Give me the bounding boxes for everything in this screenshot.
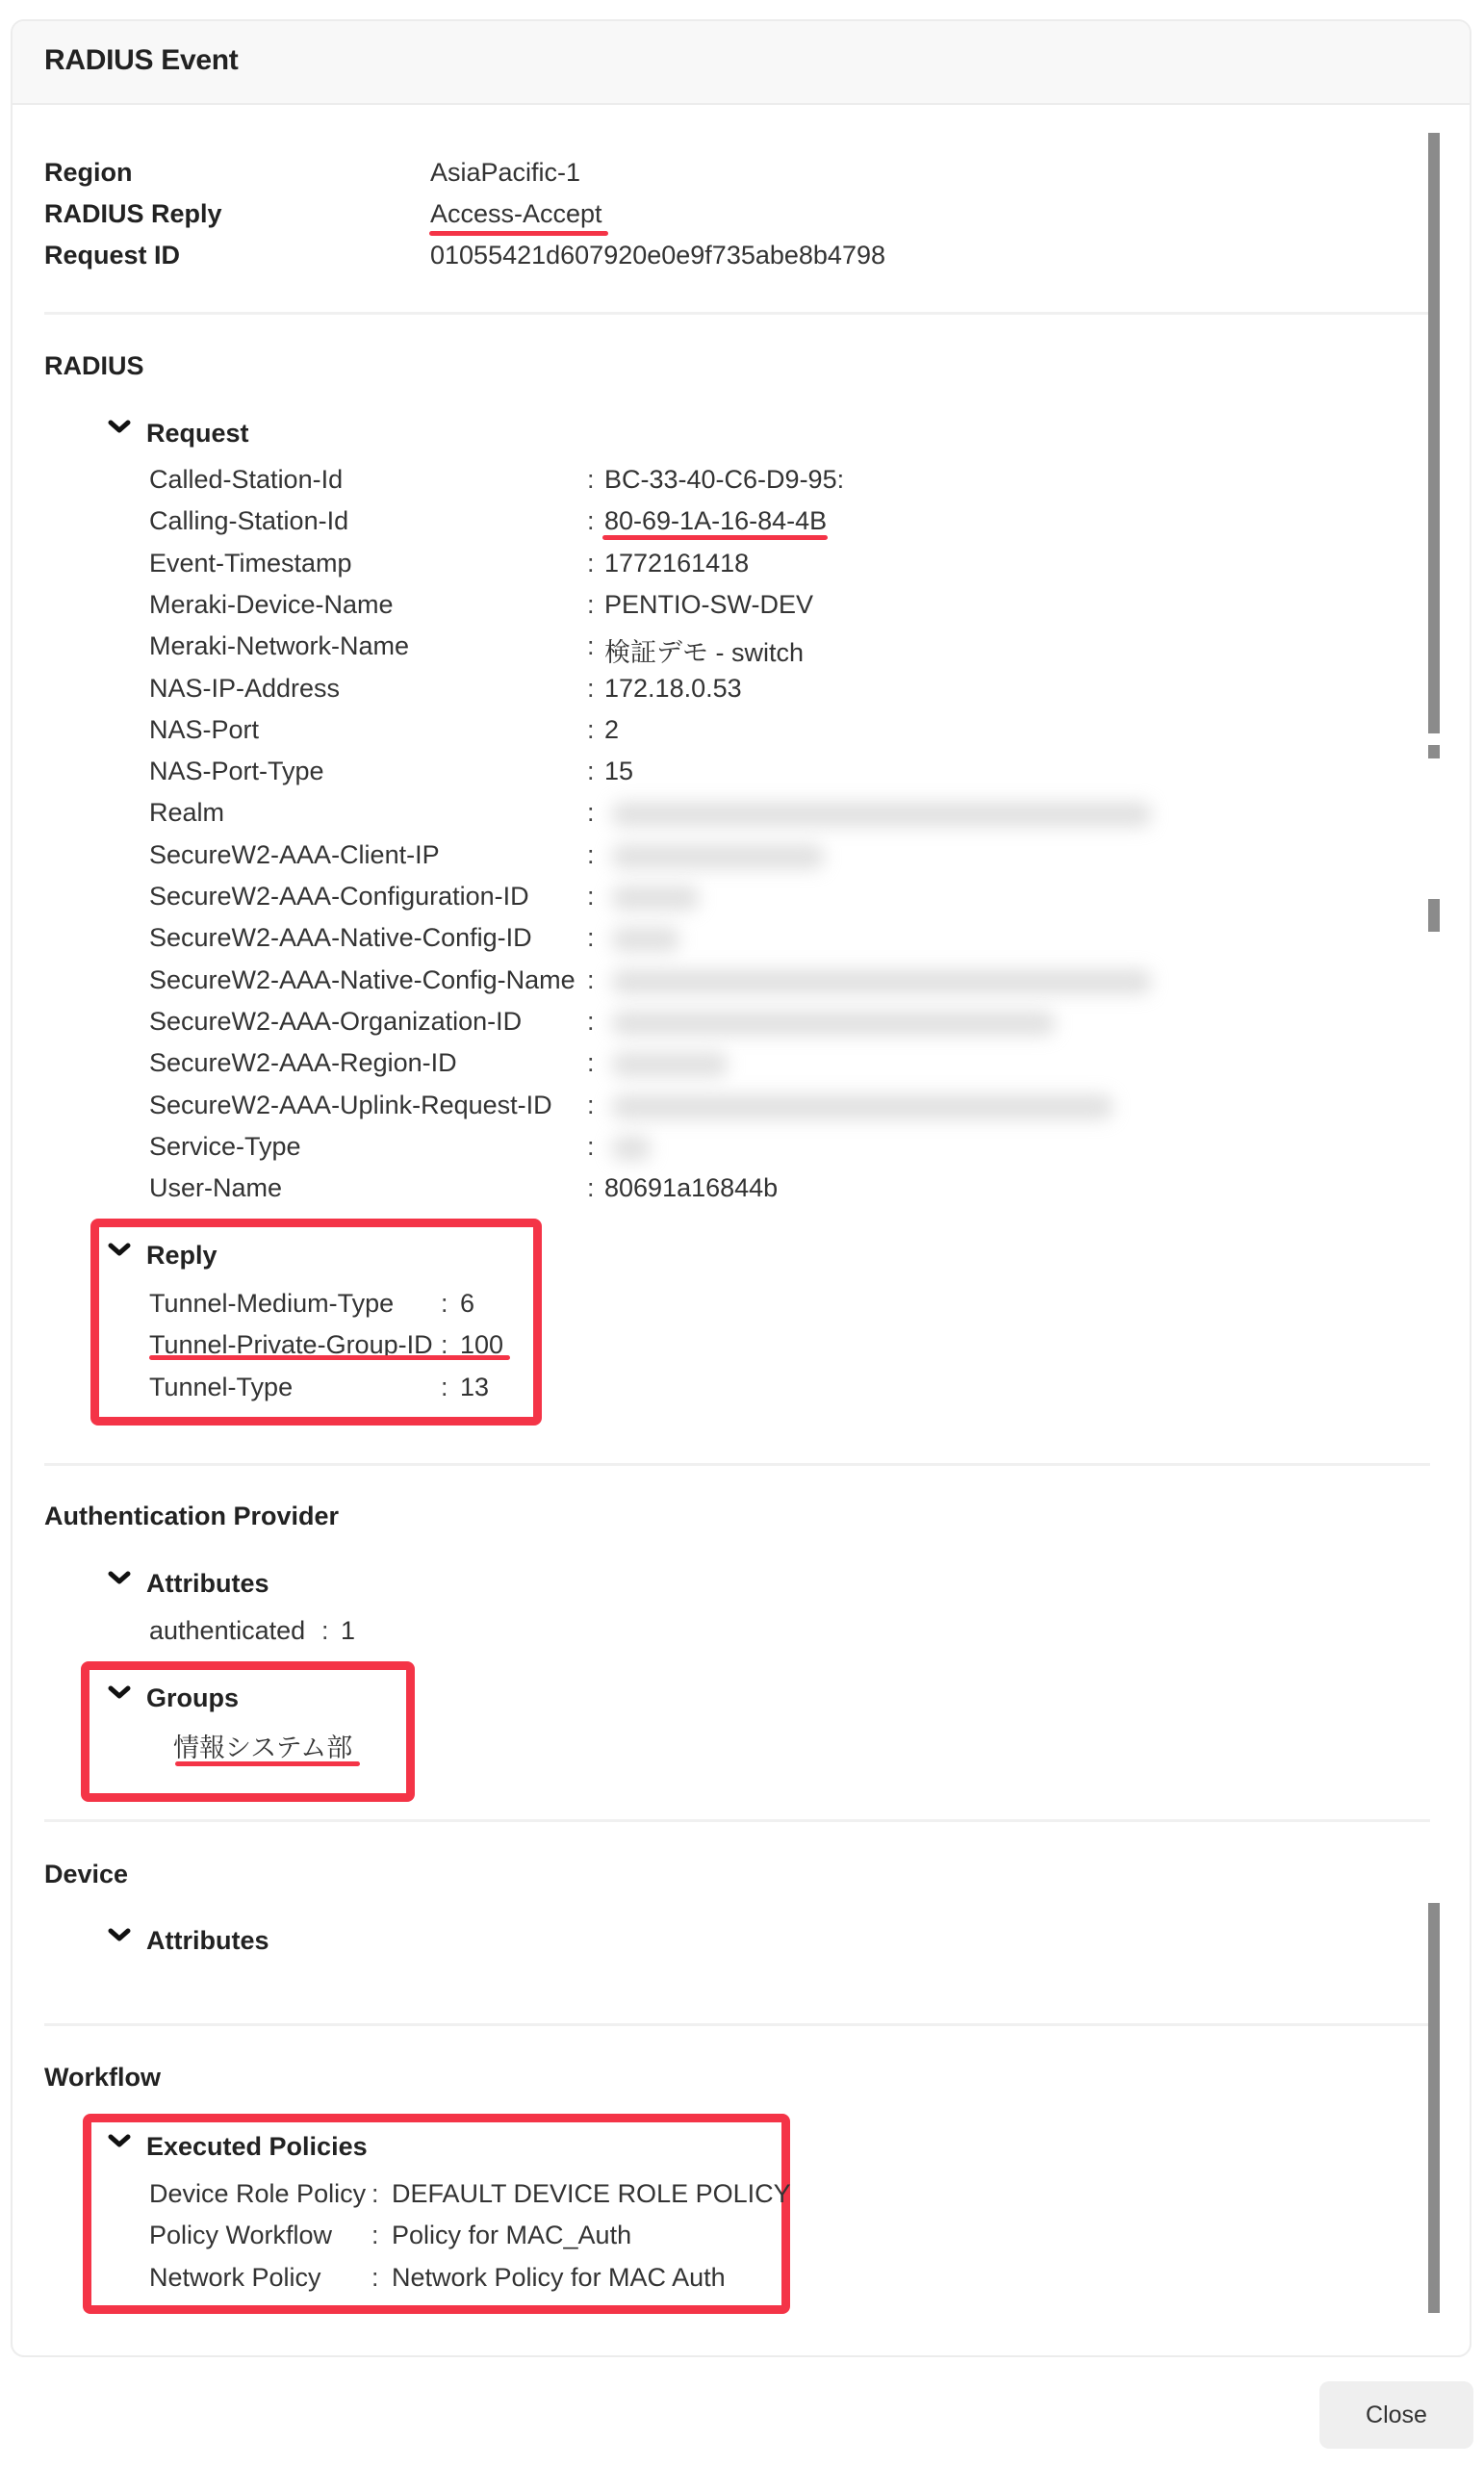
attribute-key: Meraki-Network-Name [149, 631, 409, 661]
attribute-key: SecureW2-AAA-Client-IP [149, 840, 440, 870]
chevron-down-icon[interactable] [108, 1571, 131, 1586]
attribute-value: 2 [604, 715, 619, 745]
attribute-value: 検証デモ - switch [604, 631, 804, 669]
highlight-underline [602, 535, 828, 540]
attribute-colon: : [587, 549, 595, 578]
redacted-value [612, 1136, 651, 1161]
group-title-device-attributes[interactable]: Attributes [146, 1926, 269, 1956]
group-title-reply[interactable]: Reply [146, 1241, 217, 1271]
scrollbar-thumb[interactable] [1428, 899, 1440, 932]
attribute-key: SecureW2-AAA-Native-Config-ID [149, 923, 532, 953]
close-button[interactable]: Close [1319, 2381, 1473, 2449]
attribute-colon: : [587, 965, 595, 995]
attribute-value: Policy for MAC_Auth [392, 2221, 631, 2250]
attribute-key: Tunnel-Type [149, 1373, 293, 1402]
attribute-key: Policy Workflow [149, 2221, 332, 2250]
attribute-key: NAS-IP-Address [149, 674, 340, 704]
section-divider [44, 1463, 1430, 1466]
attribute-value: 80691a16844b [604, 1173, 778, 1203]
attribute-key: SecureW2-AAA-Uplink-Request-ID [149, 1091, 552, 1120]
attribute-key: Tunnel-Medium-Type [149, 1289, 394, 1319]
scrollbar-thumb[interactable] [1428, 1903, 1440, 2313]
chevron-down-icon[interactable] [108, 1243, 131, 1258]
dialog-title: RADIUS Event [44, 44, 238, 77]
attribute-colon: : [371, 2221, 379, 2250]
attribute-colon: : [587, 465, 595, 495]
summary-label-region: Region [44, 158, 133, 188]
chevron-down-icon[interactable] [108, 1685, 131, 1701]
redacted-value [612, 886, 699, 911]
redacted-value [612, 802, 1151, 827]
attribute-colon: : [371, 2263, 379, 2293]
section-divider [44, 2023, 1430, 2026]
highlight-underline [429, 231, 608, 236]
attribute-key: SecureW2-AAA-Organization-ID [149, 1007, 522, 1037]
attribute-value: 172.18.0.53 [604, 674, 742, 704]
attribute-colon: : [587, 1007, 595, 1037]
chevron-down-icon[interactable] [108, 2134, 131, 2149]
attribute-value: PENTIO-SW-DEV [604, 590, 813, 620]
attribute-colon: : [587, 757, 595, 786]
attribute-key: NAS-Port-Type [149, 757, 324, 786]
attr-key: authenticated [149, 1616, 305, 1646]
dialog-header: RADIUS Event [13, 21, 1470, 105]
redacted-value [612, 927, 679, 952]
attribute-key: SecureW2-AAA-Region-ID [149, 1048, 457, 1078]
attribute-colon: : [587, 715, 595, 745]
attribute-key: Network Policy [149, 2263, 321, 2293]
attribute-key: SecureW2-AAA-Configuration-ID [149, 882, 529, 912]
attribute-value: 6 [460, 1289, 474, 1319]
attribute-value: 15 [604, 757, 633, 786]
section-title-workflow: Workflow [44, 2063, 161, 2093]
attribute-colon: : [587, 923, 595, 953]
attribute-key: NAS-Port [149, 715, 259, 745]
redacted-value [612, 1011, 1055, 1036]
group-title-request[interactable]: Request [146, 419, 249, 449]
redacted-value [612, 969, 1151, 994]
attr-value: 1 [341, 1616, 355, 1646]
attribute-value: BC-33-40-C6-D9-95: [604, 465, 844, 495]
attribute-key: SecureW2-AAA-Native-Config-Name [149, 965, 576, 995]
attribute-colon: : [371, 2179, 379, 2209]
attribute-value: DEFAULT DEVICE ROLE POLICY [392, 2179, 791, 2209]
group-title-executed-policies[interactable]: Executed Policies [146, 2132, 368, 2162]
section-title-auth-provider: Authentication Provider [44, 1502, 339, 1531]
summary-label-radius-reply: RADIUS Reply [44, 199, 222, 229]
section-divider [44, 312, 1430, 315]
attribute-key: Device Role Policy [149, 2179, 366, 2209]
attribute-colon: : [587, 631, 595, 661]
summary-label-request-id: Request ID [44, 241, 180, 270]
attribute-key: Meraki-Device-Name [149, 590, 394, 620]
highlight-underline [149, 1355, 510, 1360]
attribute-colon: : [587, 882, 595, 912]
group-title-groups[interactable]: Groups [146, 1683, 239, 1713]
summary-value-region: AsiaPacific-1 [430, 158, 580, 188]
attribute-colon: : [587, 1132, 595, 1162]
chevron-down-icon[interactable] [108, 420, 131, 435]
summary-value-request-id: 01055421d607920e0e9f735abe8b4798 [430, 241, 885, 270]
attribute-key: Event-Timestamp [149, 549, 352, 578]
attribute-colon: : [587, 840, 595, 870]
redacted-value [612, 844, 824, 869]
attribute-key: Called-Station-Id [149, 465, 343, 495]
scrollbar-thumb[interactable] [1428, 133, 1440, 733]
attribute-key: User-Name [149, 1173, 282, 1203]
attribute-value: 80-69-1A-16-84-4B [604, 506, 827, 536]
attribute-colon: : [587, 590, 595, 620]
group-title-attributes[interactable]: Attributes [146, 1569, 269, 1599]
attribute-value: Network Policy for MAC Auth [392, 2263, 726, 2293]
summary-value-radius-reply: Access-Accept [430, 199, 602, 229]
redacted-value [612, 1052, 728, 1077]
group-item: 情報システム部 [173, 1727, 352, 1764]
section-divider [44, 1819, 1430, 1822]
attribute-colon: : [587, 798, 595, 828]
redacted-value [612, 1094, 1113, 1119]
attribute-colon: : [587, 1173, 595, 1203]
section-title-radius: RADIUS [44, 351, 144, 381]
attribute-key: Realm [149, 798, 224, 828]
attribute-value: 1772161418 [604, 549, 749, 578]
section-title-device: Device [44, 1860, 128, 1889]
attribute-key: Calling-Station-Id [149, 506, 348, 536]
attr-colon: : [321, 1616, 329, 1646]
attribute-value: 13 [460, 1373, 489, 1402]
highlight-underline [175, 1761, 360, 1766]
attribute-colon: : [441, 1373, 448, 1402]
attribute-key: Service-Type [149, 1132, 301, 1162]
attribute-colon: : [587, 1091, 595, 1120]
attribute-colon: : [587, 1048, 595, 1078]
attribute-colon: : [587, 506, 595, 536]
attribute-colon: : [587, 674, 595, 704]
chevron-down-icon[interactable] [108, 1928, 131, 1943]
attribute-colon: : [441, 1289, 448, 1319]
scrollbar-thumb[interactable] [1428, 745, 1440, 758]
